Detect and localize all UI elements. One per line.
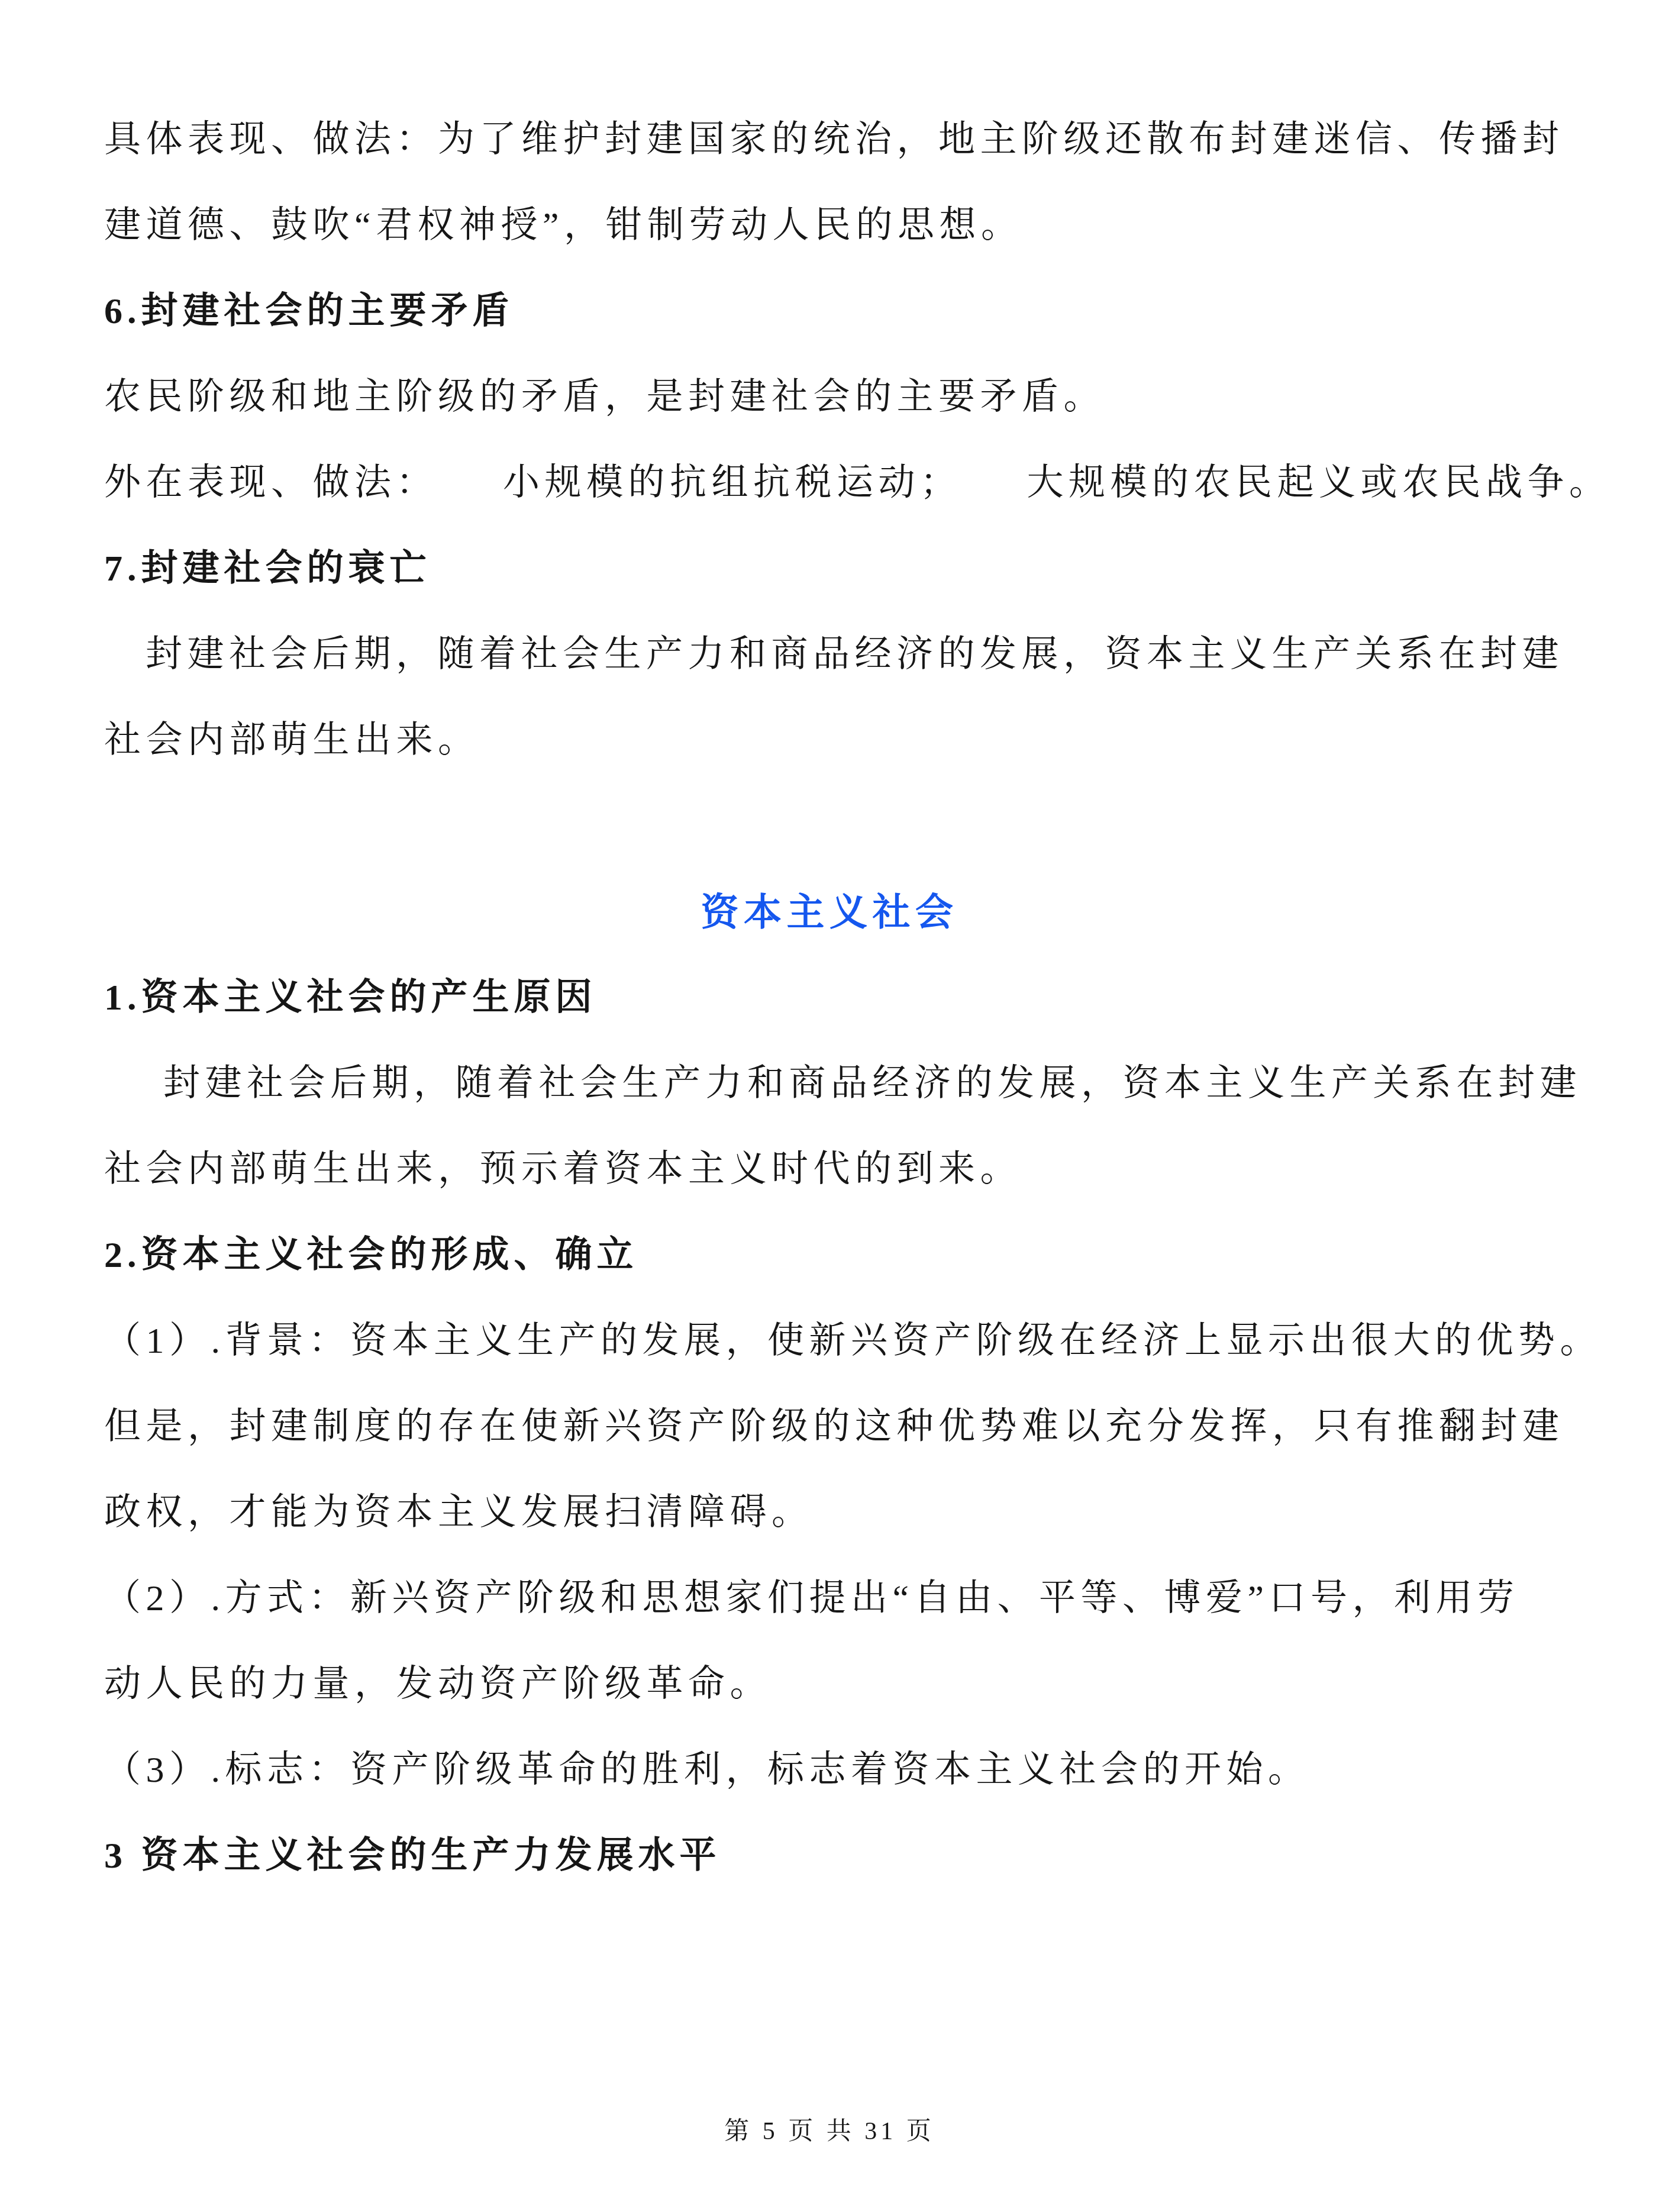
text-line: 7.封建社会的衰亡	[104, 526, 1555, 612]
text-line: 但是，封建制度的存在使新兴资产阶级的这种优势难以充分发挥，只有推翻封建	[104, 1384, 1555, 1470]
text-line: 封建社会后期，随着社会生产力和商品经济的发展，资本主义生产关系在封建	[104, 612, 1555, 698]
paragraph: 农民阶级和地主阶级的矛盾，是封建社会的主要矛盾。	[104, 354, 1555, 440]
paragraph: 具体表现、做法：为了维护封建国家的统治，地主阶级还散布封建迷信、传播封建道德、鼓…	[104, 97, 1555, 269]
text-line: 1.资本主义社会的产生原因	[104, 955, 1555, 1041]
document-body: 具体表现、做法：为了维护封建国家的统治，地主阶级还散布封建迷信、传播封建道德、鼓…	[104, 97, 1555, 1899]
text-line: 政权，才能为资本主义发展扫清障碍。	[104, 1470, 1555, 1556]
chapter-title: 资本主义社会	[104, 869, 1555, 955]
text-line: 封建社会后期，随着社会生产力和商品经济的发展，资本主义生产关系在封建	[104, 1041, 1555, 1127]
paragraph: 外在表现、做法： 小规模的抗组抗税运动； 大规模的农民起义或农民战争。	[104, 440, 1555, 526]
section-heading: 2.资本主义社会的形成、确立	[104, 1213, 1555, 1298]
page-number-text: 第 5 页 共 31 页	[724, 2118, 935, 2145]
text-line: 3 资本主义社会的生产力发展水平	[104, 1813, 1555, 1899]
paragraph: 封建社会后期，随着社会生产力和商品经济的发展，资本主义生产关系在封建社会内部萌生…	[104, 1041, 1555, 1213]
section-heading: 7.封建社会的衰亡	[104, 526, 1555, 612]
text-line: （3）.标志：资产阶级革命的胜利，标志着资本主义社会的开始。	[104, 1727, 1555, 1813]
paragraph: （1）.背景：资本主义生产的发展，使新兴资产阶级在经济上显示出很大的优势。但是，…	[104, 1298, 1555, 1556]
text-line: 外在表现、做法： 小规模的抗组抗税运动； 大规模的农民起义或农民战争。	[104, 440, 1555, 526]
page-footer: 第 5 页 共 31 页	[0, 2107, 1659, 2156]
text-line: 6.封建社会的主要矛盾	[104, 269, 1555, 354]
section-heading: 1.资本主义社会的产生原因	[104, 955, 1555, 1041]
paragraph: 封建社会后期，随着社会生产力和商品经济的发展，资本主义生产关系在封建社会内部萌生…	[104, 612, 1555, 783]
text-line: 社会内部萌生出来，预示着资本主义时代的到来。	[104, 1127, 1555, 1213]
section-heading: 6.封建社会的主要矛盾	[104, 269, 1555, 354]
text-line: 具体表现、做法：为了维护封建国家的统治，地主阶级还散布封建迷信、传播封	[104, 97, 1555, 183]
section-heading: 3 资本主义社会的生产力发展水平	[104, 1813, 1555, 1899]
text-line: 建道德、鼓吹“君权神授”，钳制劳动人民的思想。	[104, 183, 1555, 269]
text-line: 农民阶级和地主阶级的矛盾，是封建社会的主要矛盾。	[104, 354, 1555, 440]
text-line: 2.资本主义社会的形成、确立	[104, 1213, 1555, 1298]
paragraph: （2）.方式：新兴资产阶级和思想家们提出“自由、平等、博爱”口号，利用劳动人民的…	[104, 1556, 1555, 1727]
text-line: 社会内部萌生出来。	[104, 698, 1555, 783]
text-line: （1）.背景：资本主义生产的发展，使新兴资产阶级在经济上显示出很大的优势。	[104, 1298, 1555, 1384]
text-line: （2）.方式：新兴资产阶级和思想家们提出“自由、平等、博爱”口号，利用劳	[104, 1556, 1555, 1642]
text-line: 资本主义社会	[104, 869, 1555, 955]
text-line: 动人民的力量，发动资产阶级革命。	[104, 1642, 1555, 1727]
document-page: 具体表现、做法：为了维护封建国家的统治，地主阶级还散布封建迷信、传播封建道德、鼓…	[0, 0, 1659, 2212]
paragraph: （3）.标志：资产阶级革命的胜利，标志着资本主义社会的开始。	[104, 1727, 1555, 1813]
